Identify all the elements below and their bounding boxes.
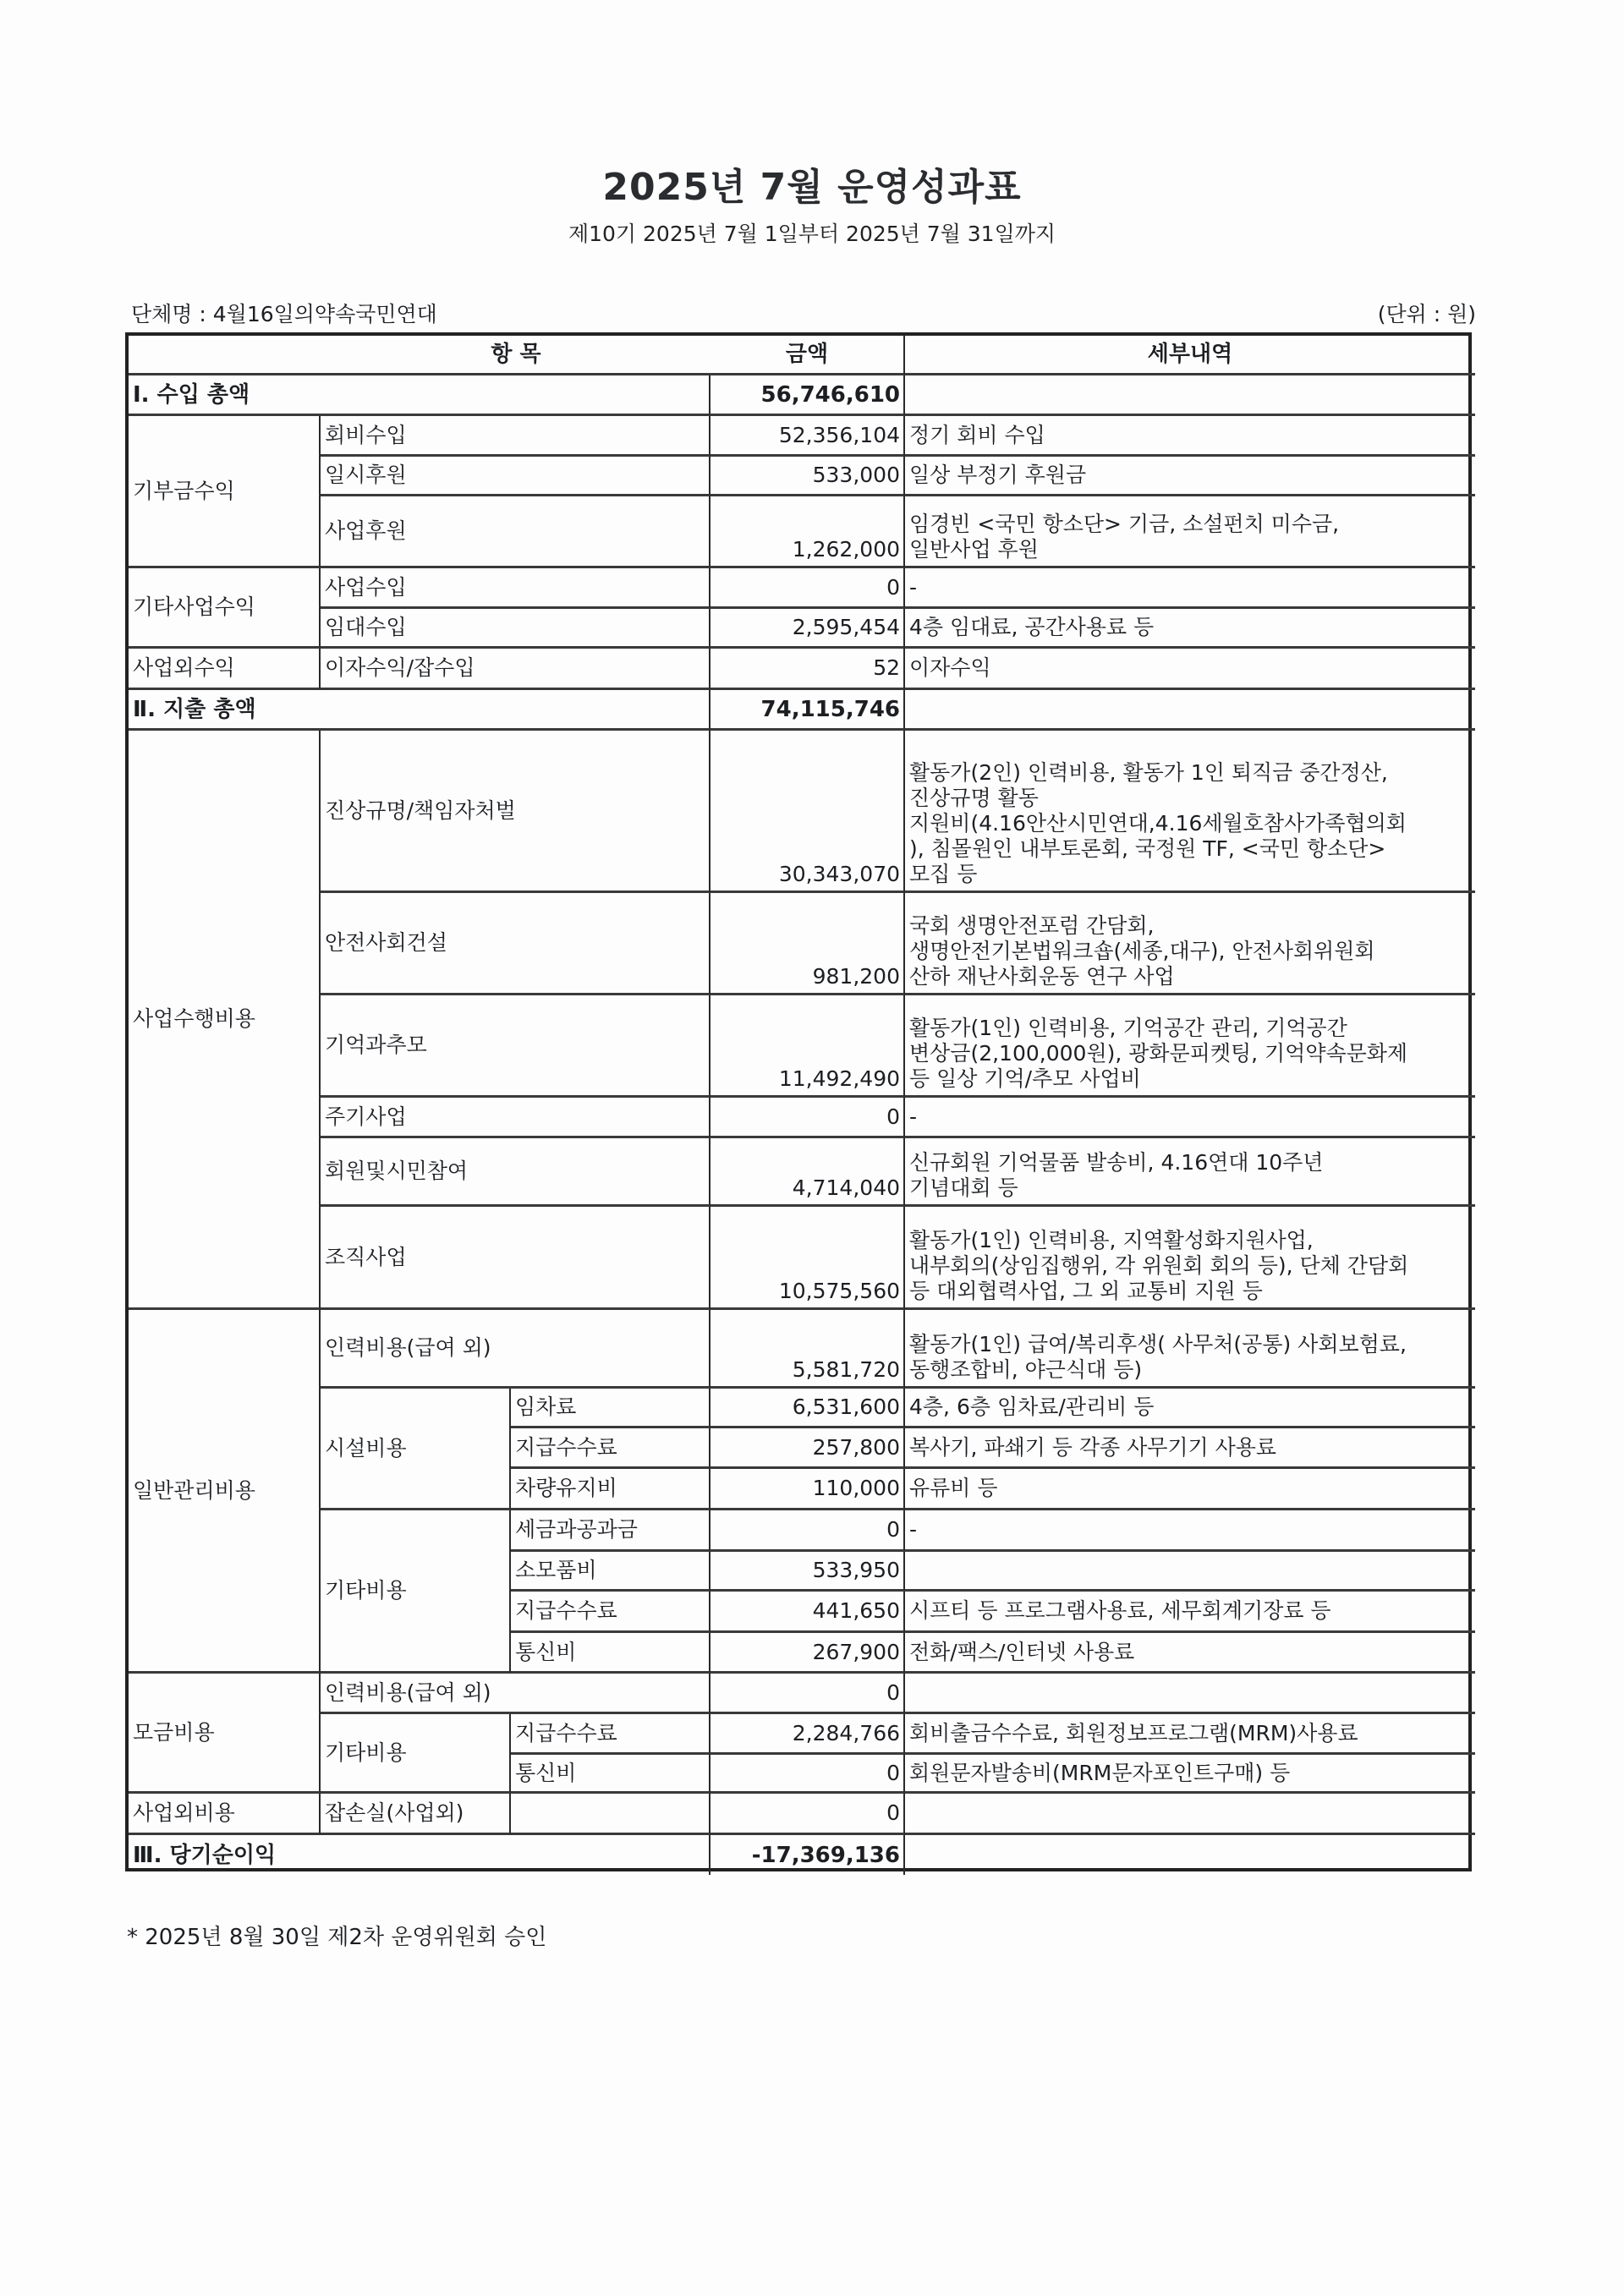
table-row-detail: 4층 임대료, 공간사용료 등 <box>905 609 1475 649</box>
table-row-amount: 0 <box>710 1794 905 1835</box>
table-row-item: 회원및시민참여 <box>321 1138 710 1207</box>
other-expense-subgroup: 기타비용 <box>321 1510 511 1674</box>
table-row-amount: 1,262,000 <box>710 496 905 568</box>
table-row-amount: 441,650 <box>710 1592 905 1633</box>
income-total-amount: 56,746,610 <box>710 375 905 416</box>
table-row-amount: 52,356,104 <box>710 416 905 457</box>
table-row-detail: 임경빈 <국민 항소단> 기금, 소설펀치 미수금, 일반사업 후원 <box>905 496 1475 568</box>
table-row-item: 차량유지비 <box>511 1469 710 1510</box>
income-total-detail <box>905 375 1475 416</box>
approval-footnote: * 2025년 8월 30일 제2차 운영위원회 승인 <box>127 1920 546 1951</box>
net-income-detail <box>905 1835 1475 1875</box>
table-row-detail: 시프티 등 프로그램사용료, 세무회계기장료 등 <box>905 1592 1475 1633</box>
expense-total-amount: 74,115,746 <box>710 690 905 731</box>
non-business-expense-group: 사업외비용 <box>129 1794 321 1835</box>
report-period: 제10기 2025년 7월 1일부터 2025년 7월 31일까지 <box>0 217 1624 248</box>
table-row-item: 안전사회건설 <box>321 893 710 995</box>
table-row-amount: 110,000 <box>710 1469 905 1510</box>
income-total-label: Ⅰ. 수입 총액 <box>129 375 710 416</box>
table-row-detail <box>905 1674 1475 1714</box>
table-row-detail: 활동가(1인) 인력비용, 지역활성화지원사업, 내부회의(상임집행위, 각 위… <box>905 1207 1475 1310</box>
table-row-item: 사업후원 <box>321 496 710 568</box>
table-row-amount: 0 <box>710 568 905 609</box>
operating-results-table: 항 목 금액 세부내역 Ⅰ. 수입 총액 56,746,610 기부금수익 회비… <box>125 332 1472 1871</box>
table-row-detail: 정기 회비 수입 <box>905 416 1475 457</box>
table-row-item: 소모품비 <box>511 1552 710 1592</box>
table-row-amount: 4,714,040 <box>710 1138 905 1207</box>
table-row-amount: 267,900 <box>710 1633 905 1674</box>
table-row-item: 지급수수료 <box>511 1714 710 1755</box>
table-row-detail: 활동가(1인) 인력비용, 기억공간 관리, 기억공간 변상금(2,100,00… <box>905 995 1475 1098</box>
table-row-item: 지급수수료 <box>511 1592 710 1633</box>
table-row-item: 인력비용(급여 외) <box>321 1310 710 1389</box>
table-row-detail: 이자수익 <box>905 649 1475 690</box>
table-row-amount: 11,492,490 <box>710 995 905 1098</box>
table-row-detail: 일상 부정기 후원금 <box>905 457 1475 496</box>
table-row-item: 일시후원 <box>321 457 710 496</box>
non-business-income-group: 사업외수익 <box>129 649 321 690</box>
table-row-item: 통신비 <box>511 1755 710 1794</box>
expense-total-label: Ⅱ. 지출 총액 <box>129 690 710 731</box>
table-row-detail: 4층, 6층 임차료/관리비 등 <box>905 1389 1475 1428</box>
table-row-item: 인력비용(급여 외) <box>321 1674 710 1714</box>
table-row-detail: 활동가(1인) 급여/복리후생( 사무처(공통) 사회보험료, 동행조합비, 야… <box>905 1310 1475 1389</box>
table-row-item: 진상규명/책임자처벌 <box>321 731 710 893</box>
table-row-detail: 복사기, 파쇄기 등 각종 사무기기 사용료 <box>905 1428 1475 1469</box>
table-row-item: 조직사업 <box>321 1207 710 1310</box>
column-header-amount: 금액 <box>710 336 905 375</box>
table-row-subitem <box>511 1794 710 1835</box>
table-row-detail: - <box>905 1510 1475 1552</box>
table-row-item: 기억과추모 <box>321 995 710 1098</box>
table-row-item: 사업수입 <box>321 568 710 609</box>
table-row-item: 임대수입 <box>321 609 710 649</box>
fundraising-expense-group: 모금비용 <box>129 1674 321 1794</box>
table-row-detail: - <box>905 1098 1475 1138</box>
project-expense-group: 사업수행비용 <box>129 731 321 1310</box>
donation-income-group: 기부금수익 <box>129 416 321 568</box>
other-business-income-group: 기타사업수익 <box>129 568 321 649</box>
table-row-amount: 5,581,720 <box>710 1310 905 1389</box>
table-row-item: 통신비 <box>511 1633 710 1674</box>
table-row-detail: 회원문자발송비(MRM문자포인트구매) 등 <box>905 1755 1475 1794</box>
table-row-amount: 2,595,454 <box>710 609 905 649</box>
table-row-detail: 유류비 등 <box>905 1469 1475 1510</box>
table-row-detail: 국회 생명안전포럼 간담회, 생명안전기본법워크숍(세종,대구), 안전사회위원… <box>905 893 1475 995</box>
table-row-amount: 52 <box>710 649 905 690</box>
column-header-detail: 세부내역 <box>905 336 1475 375</box>
net-income-amount: -17,369,136 <box>710 1835 905 1875</box>
net-income-label: Ⅲ. 당기순이익 <box>129 1835 710 1875</box>
table-row-amount: 257,800 <box>710 1428 905 1469</box>
table-row-amount: 6,531,600 <box>710 1389 905 1428</box>
table-row-amount: 2,284,766 <box>710 1714 905 1755</box>
currency-unit: (단위 : 원) <box>1378 298 1476 328</box>
table-row-item: 이자수익/잡수입 <box>321 649 710 690</box>
table-row-detail: 활동가(2인) 인력비용, 활동가 1인 퇴직금 중간정산, 진상규명 활동 지… <box>905 731 1475 893</box>
table-row-amount: 0 <box>710 1098 905 1138</box>
table-row-detail: - <box>905 568 1475 609</box>
report-title: 2025년 7월 운영성과표 <box>0 156 1624 211</box>
organization-name: 단체명 : 4월16일의약속국민연대 <box>131 298 437 328</box>
table-row-item: 지급수수료 <box>511 1428 710 1469</box>
table-row-item: 주기사업 <box>321 1098 710 1138</box>
fundraising-other-subgroup: 기타비용 <box>321 1714 511 1794</box>
general-admin-expense-group: 일반관리비용 <box>129 1310 321 1674</box>
table-row-amount: 10,575,560 <box>710 1207 905 1310</box>
table-row-amount: 0 <box>710 1674 905 1714</box>
table-row-item: 임차료 <box>511 1389 710 1428</box>
table-row-amount: 981,200 <box>710 893 905 995</box>
table-row-amount: 533,000 <box>710 457 905 496</box>
expense-total-detail <box>905 690 1475 731</box>
table-row-detail <box>905 1794 1475 1835</box>
table-row-amount: 30,343,070 <box>710 731 905 893</box>
table-row-item: 잡손실(사업외) <box>321 1794 511 1835</box>
facility-expense-subgroup: 시설비용 <box>321 1389 511 1510</box>
table-row-detail <box>905 1552 1475 1592</box>
table-row-detail: 신규회원 기억물품 발송비, 4.16연대 10주년 기념대회 등 <box>905 1138 1475 1207</box>
table-row-detail: 전화/팩스/인터넷 사용료 <box>905 1633 1475 1674</box>
table-row-amount: 0 <box>710 1510 905 1552</box>
table-row-detail: 회비출금수수료, 회원정보프로그램(MRM)사용료 <box>905 1714 1475 1755</box>
table-row-amount: 533,950 <box>710 1552 905 1592</box>
table-row-item: 회비수입 <box>321 416 710 457</box>
table-row-amount: 0 <box>710 1755 905 1794</box>
table-row-item: 세금과공과금 <box>511 1510 710 1552</box>
